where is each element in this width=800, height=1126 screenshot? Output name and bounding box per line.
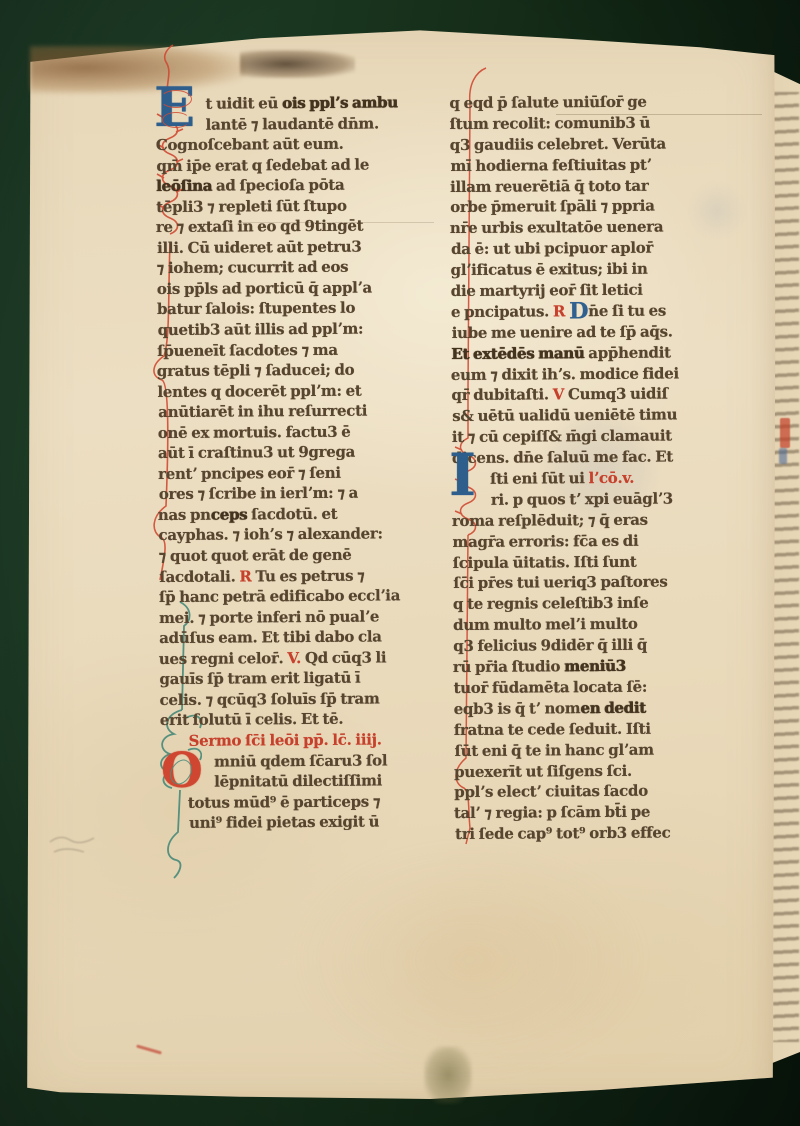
text-segment: e pncipatus. [451, 302, 553, 321]
rubric-segment: lʼcō.v. [589, 469, 635, 487]
photograph-background: E O I t uidit eū ois pplʼs ambulantē ⁊ l… [0, 0, 800, 1126]
text-line: ⁊ iohem; cucurrit ad eos [157, 256, 453, 279]
text-segment: ois pplʼs ambu [282, 93, 398, 112]
text-segment: app̄hendit [584, 343, 671, 362]
text-line: iube me uenire ad te ſp̄ aq̄s. [452, 321, 748, 344]
rubric-segment: Sermo ſc̄i leōi pp̄. lc̄. iiij. [188, 730, 381, 749]
text-line: it ⁊ cū cepiſſ& m̄gi clamauit [452, 425, 748, 448]
text-segment: meniū3 [564, 657, 626, 675]
text-segment: ceps [211, 505, 248, 523]
text-line: uni⁹ fidei pietas exigit ū [161, 811, 457, 834]
text-line: dicens. dn̄e ſaluū me fac. Et [452, 446, 748, 469]
text-segment: leōſina [156, 177, 212, 195]
text-line: lentes q docerēt pplʼm: et [157, 380, 453, 403]
text-segment: dum multo melʼi multo [453, 615, 638, 634]
text-line: Et extēdēs manū app̄hendit [451, 342, 747, 365]
text-line: Cognoſcebant aūt eum. [156, 133, 452, 156]
text-line: roma reſplēduit; ⁊ q̄ eras [452, 509, 748, 532]
text-segment: ſacdotali. [159, 567, 239, 586]
text-segment: mī hodierna feſtiuitas ptʼ [450, 155, 651, 174]
text-line: eqb3 is q̄ tʼ nomen dedit [454, 697, 750, 720]
text-segment: illi. Cū uideret aūt petru3 [157, 237, 362, 256]
text-line: quetib3 aūt illis ad pplʼm: [158, 318, 454, 341]
text-segment: q3 gaudiis celebret. Verūta [450, 134, 666, 154]
text-segment: uni⁹ fidei pietas exigit ū [189, 813, 379, 832]
text-line: fratna te cede ſeduit. Iſti [454, 718, 750, 741]
text-segment: nas pn [158, 506, 211, 524]
text-line: adūſus eam. Et tibi dabo cla [159, 626, 455, 649]
text-segment: Cumq3 uidiſ [568, 385, 668, 404]
text-segment: ſcipula ūitatis. Iſti ſunt [453, 552, 637, 571]
text-segment: ſtum recolit: comunib3 ū [450, 114, 651, 133]
text-segment: ſc̄i pr̄es tui ueriq3 paſtores [453, 573, 667, 592]
text-segment: onē ex mortuis. factu3 ē [158, 422, 351, 441]
text-line: orbe p̄meruit ſpāli ⁊ ppria [450, 195, 746, 218]
text-line: q3 gaudiis celebret. Verūta [450, 133, 746, 156]
text-segment: tēpli3 ⁊ repleti ſūt ſtupo [156, 196, 347, 215]
text-segment: Tu es petrus ⁊ [255, 566, 364, 585]
marginal-scribble [46, 830, 102, 860]
text-line: ores ⁊ ſcribe in ierlʼm: ⁊ a [159, 482, 455, 505]
text-segment: s& uētū ualidū ueniētē timu [452, 406, 677, 426]
text-segment: qr̄ dubitaſti. [451, 386, 552, 405]
rubric-segment: V [553, 386, 568, 404]
text-line: tēpli3 ⁊ repleti ſūt ſtupo [156, 195, 452, 218]
text-line: t uidit eū ois pplʼs ambu [155, 92, 451, 115]
text-line: rentʼ pncipes eor̄ ⁊ ſeni [158, 462, 454, 485]
drop-cap-O: O [161, 747, 203, 795]
text-segment: talʼ ⁊ regia: p ſcām bt̄i pe [454, 803, 650, 822]
text-segment: t uidit eū [205, 94, 282, 113]
next-folio-blue-initial-edge [779, 448, 787, 464]
text-line: gauīs ſp̄ tram erit ligatū ī [159, 667, 455, 690]
text-segment: ores ⁊ ſcribe in ierlʼm: ⁊ a [159, 484, 358, 503]
text-line: ſcipula ūitatis. Iſti ſunt [453, 551, 749, 574]
text-segment: pplʼs electʼ ciuitas ſacdo [454, 782, 648, 801]
text-segment: gratus tēpli ⁊ ſaducei; do [157, 361, 355, 380]
text-segment: ⁊ quot quot erāt de genē [159, 546, 352, 565]
text-segment: rentʼ pncipes eor̄ ⁊ ſeni [158, 464, 341, 483]
text-line: q eqd p̄ ſalute uniūſor̄ ge [449, 91, 745, 114]
text-line: illi. Cū uideret aūt petru3 [157, 236, 453, 259]
text-line: batur ſalois: ſtupentes lo [157, 297, 453, 320]
text-segment: puexerīt ut ſiſgens ſci. [454, 761, 632, 780]
text-segment: batur ſalois: ſtupentes lo [157, 299, 355, 318]
text-segment: Et extēdēs manū [451, 344, 584, 363]
text-line: q3 felicius 9didēr q̄ illi q̄ [453, 634, 749, 657]
text-segment: ſti eni ſūt ui [490, 469, 589, 488]
next-folio-text-edge [773, 92, 799, 1042]
text-line: anūtiarēt in ihu reſurrecti [158, 400, 454, 423]
text-line: lantē ⁊ laudantē dn̄m. [156, 113, 452, 136]
text-segment: q te regnis celeſtib3 inſe [453, 594, 649, 613]
text-line: ues regni celor̄. V. Qd cūq3 li [159, 647, 455, 670]
text-segment: en dedit [580, 699, 646, 717]
text-segment: q3 felicius 9didēr q̄ illi q̄ [453, 636, 647, 655]
text-line: dum multo melʼi multo [453, 613, 749, 636]
text-line: e pncipatus. R Dn̄e ſi tu es [451, 300, 747, 323]
text-segment: dicens. dn̄e ſaluū me fac. Et [452, 448, 673, 468]
text-segment: magr̄a erroris: fc̄a es di [452, 531, 638, 550]
text-line: ſp̄ hanc petrā edificabo ecclʼia [159, 585, 455, 608]
text-segment: tuor̄ fūdamēta locata ſē: [453, 678, 647, 697]
rubric-segment: R [553, 302, 569, 320]
text-line: qr̄ dubitaſti. V Cumq3 uidiſ [451, 383, 747, 406]
text-segment: ri. p quos tʼ xpi euāglʼ3 [491, 489, 673, 508]
text-segment: gauīs ſp̄ tram erit ligatū ī [159, 669, 360, 688]
inline-initial: D [569, 298, 588, 324]
text-line: mī hodierna feſtiuitas ptʼ [450, 154, 746, 177]
text-line: ri. p quos tʼ xpi euāglʼ3 [453, 488, 749, 511]
text-line: die martyrij eor̄ ſit letici [451, 279, 747, 302]
text-segment: eum ⁊ dixit ihʼs. modice fidei [451, 364, 679, 384]
text-segment: eqb3 is q̄ tʼ nom [454, 699, 581, 718]
text-line: re ⁊ extaſi in eo qd 9tingēt [156, 215, 452, 238]
text-line: ſacdotali. R Tu es petrus ⁊ [159, 565, 455, 588]
text-segment: ſacdotū. et [247, 505, 337, 524]
text-segment: cayphas. ⁊ iohʼs ⁊ alexander: [158, 525, 382, 545]
text-line: mei. ⁊ porte inferi nō pualʼe [159, 606, 455, 629]
text-line: Sermo ſc̄i leōi pp̄. lc̄. iiij. [160, 729, 456, 752]
text-segment: quetib3 aūt illis ad pplʼm: [158, 320, 364, 339]
text-segment: da ē: ut ubi pcipuor aplor̄ [451, 239, 653, 258]
text-line: onē ex mortuis. factu3 ē [158, 421, 454, 444]
text-segment: rū pr̄ia ſtudio [453, 657, 564, 676]
text-segment: celis. ⁊ qcūq3 ſoluīs ſp̄ tram [160, 689, 380, 709]
text-line: q te regnis celeſtib3 inſe [453, 592, 749, 615]
text-line: ſtum recolit: comunib3 ū [450, 112, 746, 135]
text-line: puexerīt ut ſiſgens ſci. [454, 759, 750, 782]
text-line: totus mūd⁹ ē particeps ⁊ [160, 791, 456, 814]
text-segment: qm̄ ip̄e erat q ſedebat ad le [156, 155, 369, 174]
text-line: leōſina ad ſpecioſa pōta [156, 174, 452, 197]
text-segment: aūt ī craſtinu3 ut 9grega [158, 443, 355, 462]
text-segment: n̄e ſi tu es [588, 301, 666, 320]
text-line: ſc̄i pr̄es tui ueriq3 paſtores [453, 571, 749, 594]
text-line: s& uētū ualidū ueniētē timu [452, 404, 748, 427]
text-segment: ⁊ iohem; cucurrit ad eos [157, 258, 349, 277]
text-segment: totus mūd⁹ ē particeps ⁊ [188, 792, 380, 811]
text-line: ſp̄ueneīt ſacdotes ⁊ ma [157, 339, 453, 362]
text-segment: erit ſolutū ī celis. Et tē. [160, 710, 344, 729]
text-line: cayphas. ⁊ iohʼs ⁊ alexander: [158, 523, 454, 546]
text-line: ſūt eni q̄ te in hanc glʼam [454, 739, 750, 762]
text-segment: orbe p̄meruit ſpāli ⁊ ppria [450, 197, 655, 216]
text-line: da ē: ut ubi pcipuor aplor̄ [451, 237, 747, 260]
text-segment: adūſus eam. Et tibi dabo cla [159, 628, 382, 648]
text-segment: mei. ⁊ porte inferi nō pualʼe [159, 607, 379, 627]
text-segment: glʼificatus ē exitus; ibi in [451, 260, 648, 279]
text-line: gratus tēpli ⁊ ſaducei; do [157, 359, 453, 382]
drop-cap-E: E [154, 80, 195, 134]
text-line: tri ſede cap⁹ tot⁹ orb3 effec [455, 822, 751, 845]
text-line: eum ⁊ dixit ihʼs. modice fidei [451, 363, 747, 386]
text-line: tuor̄ fūdamēta locata ſē: [453, 676, 749, 699]
text-segment: nr̄e urbis exultatōe uenera [450, 218, 664, 237]
text-segment: lēpnitatū dilectiſſimi [214, 772, 382, 791]
text-segment: Qd cūq3 li [305, 648, 386, 667]
text-segment: it ⁊ cū cepiſſ& m̄gi clamauit [452, 427, 672, 447]
text-segment: ois pp̄ls ad porticū q̄ applʼa [157, 278, 372, 298]
text-segment: iube me uenire ad te ſp̄ aq̄s. [452, 322, 673, 342]
rubric-segment: R [239, 567, 255, 585]
text-line: mniū qdem ſc̄aru3 ſol [160, 749, 456, 772]
text-line: nr̄e urbis exultatōe uenera [450, 216, 746, 239]
text-segment: ſūt eni q̄ te in hanc glʼam [455, 740, 654, 759]
text-segment: q eqd p̄ ſalute uniūſor̄ ge [449, 93, 646, 112]
text-segment: mniū qdem ſc̄aru3 ſol [214, 751, 387, 770]
text-segment: roma reſplēduit; ⁊ q̄ eras [452, 510, 648, 529]
text-segment: tri ſede cap⁹ tot⁹ orb3 effec [455, 824, 670, 844]
text-line: aūt ī craſtinu3 ut 9grega [158, 441, 454, 464]
text-segment: illam reuerētiā q̄ toto tar [450, 176, 648, 195]
text-line: illam reuerētiā q̄ toto tar [450, 175, 746, 198]
right-text-column: q eqd p̄ ſalute uniūſor̄ geſtum recolit:… [449, 91, 750, 845]
left-text-column: t uidit eū ois pplʼs ambulantē ⁊ laudant… [155, 92, 456, 834]
text-segment: lentes q docerēt pplʼm: et [157, 381, 361, 400]
text-line: lēpnitatū dilectiſſimi [160, 770, 456, 793]
text-line: pplʼs electʼ ciuitas ſacdo [454, 780, 750, 803]
text-segment: anūtiarēt in ihu reſurrecti [158, 402, 367, 421]
rubric-segment: V. [287, 649, 305, 667]
text-segment: die martyrij eor̄ ſit letici [451, 281, 643, 300]
text-line: qm̄ ip̄e erat q ſedebat ad le [156, 154, 452, 177]
text-line: celis. ⁊ qcūq3 ſoluīs ſp̄ tram [160, 688, 456, 711]
next-folio-red-initial-edge [780, 418, 790, 448]
text-segment: ad ſpecioſa pōta [212, 176, 345, 195]
text-line: talʼ ⁊ regia: p ſcām bt̄i pe [454, 801, 750, 824]
text-segment: ſp̄ hanc petrā edificabo ecclʼia [159, 586, 400, 606]
text-line: ⁊ quot quot erāt de genē [159, 544, 455, 567]
text-line: erit ſolutū ī celis. Et tē. [160, 708, 456, 731]
text-segment: ues regni celor̄. [159, 649, 288, 668]
text-segment: lantē ⁊ laudantē dn̄m. [206, 114, 379, 133]
text-line: ois pp̄ls ad porticū q̄ applʼa [157, 277, 453, 300]
text-line: nas pnceps ſacdotū. et [158, 503, 454, 526]
text-line: glʼificatus ē exitus; ibi in [451, 258, 747, 281]
text-line: magr̄a erroris: fc̄a es di [452, 530, 748, 553]
text-segment: fratna te cede ſeduit. Iſti [454, 719, 651, 738]
drop-cap-I: I [449, 446, 476, 504]
text-line: rū pr̄ia ſtudio meniū3 [453, 655, 749, 678]
text-segment: ſp̄ueneīt ſacdotes ⁊ ma [157, 340, 338, 359]
text-segment: re ⁊ extaſi in eo qd 9tingēt [156, 217, 364, 236]
text-line: ſti eni ſūt ui lʼcō.v. [452, 467, 748, 490]
